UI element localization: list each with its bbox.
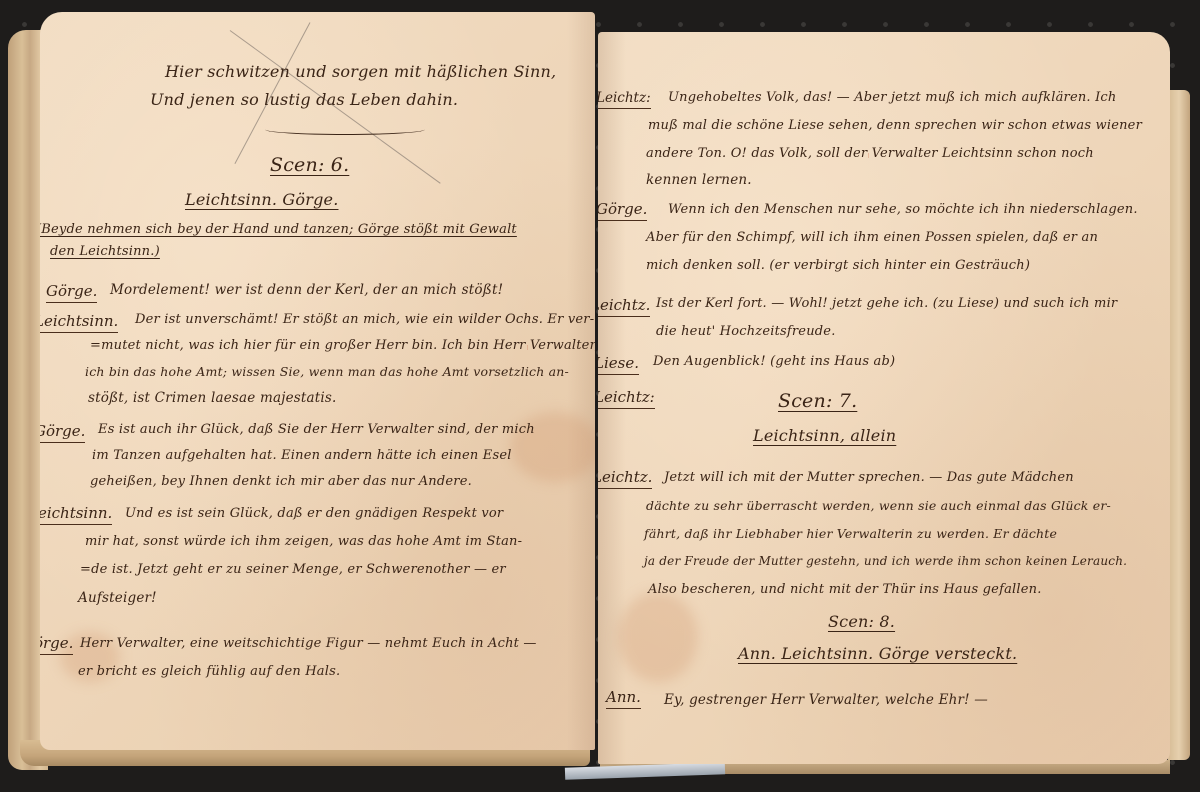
scene-heading: Scen: 6.: [270, 154, 349, 176]
left-page: Hier schwitzen und sorgen mit häßlichen …: [40, 12, 595, 750]
dialogue-line: mir hat, sonst würde ich ihm zeigen, was…: [85, 534, 522, 549]
dialogue-line: Den Augenblick! (geht ins Haus ab): [653, 354, 895, 369]
verse-line: Und jenen so lustig das Leben dahin.: [150, 90, 458, 109]
dialogue-line: Es ist auch ihr Glück, daß Sie der Herr …: [98, 422, 535, 437]
right-page-stack-edge: [1168, 90, 1190, 760]
flourish-divider: [265, 124, 425, 135]
gutter-shadow: [567, 12, 595, 750]
speaker-label: Görge.: [40, 634, 73, 655]
stage-direction: (Beyde nehmen sich bey der Hand und tanz…: [40, 222, 517, 237]
dialogue-line: muß mal die schöne Liese sehen, denn spr…: [648, 118, 1142, 133]
scene-characters: Leichtsinn. Görge.: [185, 190, 338, 209]
dialogue-line: Und es ist sein Glück, daß er den gnädig…: [125, 506, 503, 521]
dialogue-line: =de ist. Jetzt geht er zu seiner Menge, …: [80, 562, 506, 577]
speaker-label: Görge.: [40, 422, 85, 443]
right-page: Leichtz: Ungehobeltes Volk, das! — Aber …: [598, 32, 1170, 764]
foxing-stain: [618, 592, 698, 682]
dialogue-line: die heut' Hochzeitsfreude.: [656, 324, 836, 339]
dialogue-line: Der ist unverschämt! Er stößt an mich, w…: [135, 312, 594, 327]
speaker-label: Görge.: [46, 282, 97, 303]
dialogue-line: geheißen, bey Ihnen denkt ich mir aber d…: [90, 474, 472, 489]
dialogue-line: er bricht es gleich fühlig auf den Hals.: [78, 664, 340, 679]
speaker-label: Leichtz:: [598, 388, 655, 409]
dialogue-line: Aufsteiger!: [78, 590, 157, 606]
scene-heading: Scen: 7.: [778, 390, 857, 412]
speaker-label: Liese.: [598, 354, 639, 375]
dialogue-line: Ey, gestrenger Herr Verwalter, welche Eh…: [664, 692, 988, 708]
dialogue-line: Mordelement! wer ist denn der Kerl, der …: [110, 282, 503, 298]
speaker-label: Leichtz:: [598, 90, 651, 109]
dialogue-line: dächte zu sehr überrascht werden, wenn s…: [646, 498, 1111, 513]
speaker-label: Leichtz.: [598, 296, 650, 317]
speaker-label: Ann.: [606, 688, 641, 709]
dialogue-line: Ist der Kerl fort. — Wohl! jetzt gehe ic…: [656, 296, 1117, 311]
dialogue-line: kennen lernen.: [646, 172, 752, 188]
dialogue-line: Jetzt will ich mit der Mutter sprechen. …: [664, 470, 1074, 485]
speaker-label: Leichtsinn.: [40, 312, 118, 333]
dialogue-line: Also bescheren, und nicht mit der Thür i…: [648, 582, 1042, 597]
speaker-label: Leichtsinn.: [40, 504, 112, 525]
dialogue-line: mich denken soll. (er verbirgt sich hint…: [646, 258, 1030, 273]
dialogue-line: Aber für den Schimpf, will ich ihm einen…: [646, 230, 1098, 245]
dialogue-line: Ungehobeltes Volk, das! — Aber jetzt muß…: [668, 90, 1116, 105]
dialogue-line: ja der Freude der Mutter gestehn, und ic…: [644, 554, 1127, 568]
stage-direction: den Leichtsinn.): [50, 244, 160, 259]
open-manuscript-book: Hier schwitzen und sorgen mit häßlichen …: [0, 0, 1200, 792]
dialogue-line: =mutet nicht, was ich hier für ein große…: [90, 338, 595, 353]
dialogue-line: ich bin das hohe Amt; wissen Sie, wenn m…: [85, 364, 569, 379]
scene-characters: Ann. Leichtsinn. Görge versteckt.: [738, 644, 1017, 663]
scene-characters: Leichtsinn, allein: [753, 426, 896, 445]
dialogue-line: fährt, daß ihr Liebhaber hier Verwalteri…: [644, 526, 1057, 541]
dialogue-line: Herr Verwalter, eine weitschichtige Figu…: [80, 636, 537, 651]
dialogue-line: im Tanzen aufgehalten hat. Einen andern …: [92, 448, 512, 463]
dialogue-line: stößt, ist Crimen laesae majestatis.: [88, 390, 337, 406]
scene-heading: Scen: 8.: [828, 612, 895, 631]
dialogue-line: andere Ton. O! das Volk, soll der Verwal…: [646, 146, 1094, 161]
speaker-label: Leichtz.: [598, 468, 652, 489]
spine-binding-strip: [565, 762, 725, 780]
verse-line: Hier schwitzen und sorgen mit häßlichen …: [165, 62, 556, 81]
speaker-label: Görge.: [598, 200, 647, 221]
dialogue-line: Wenn ich den Menschen nur sehe, so möcht…: [668, 202, 1138, 217]
